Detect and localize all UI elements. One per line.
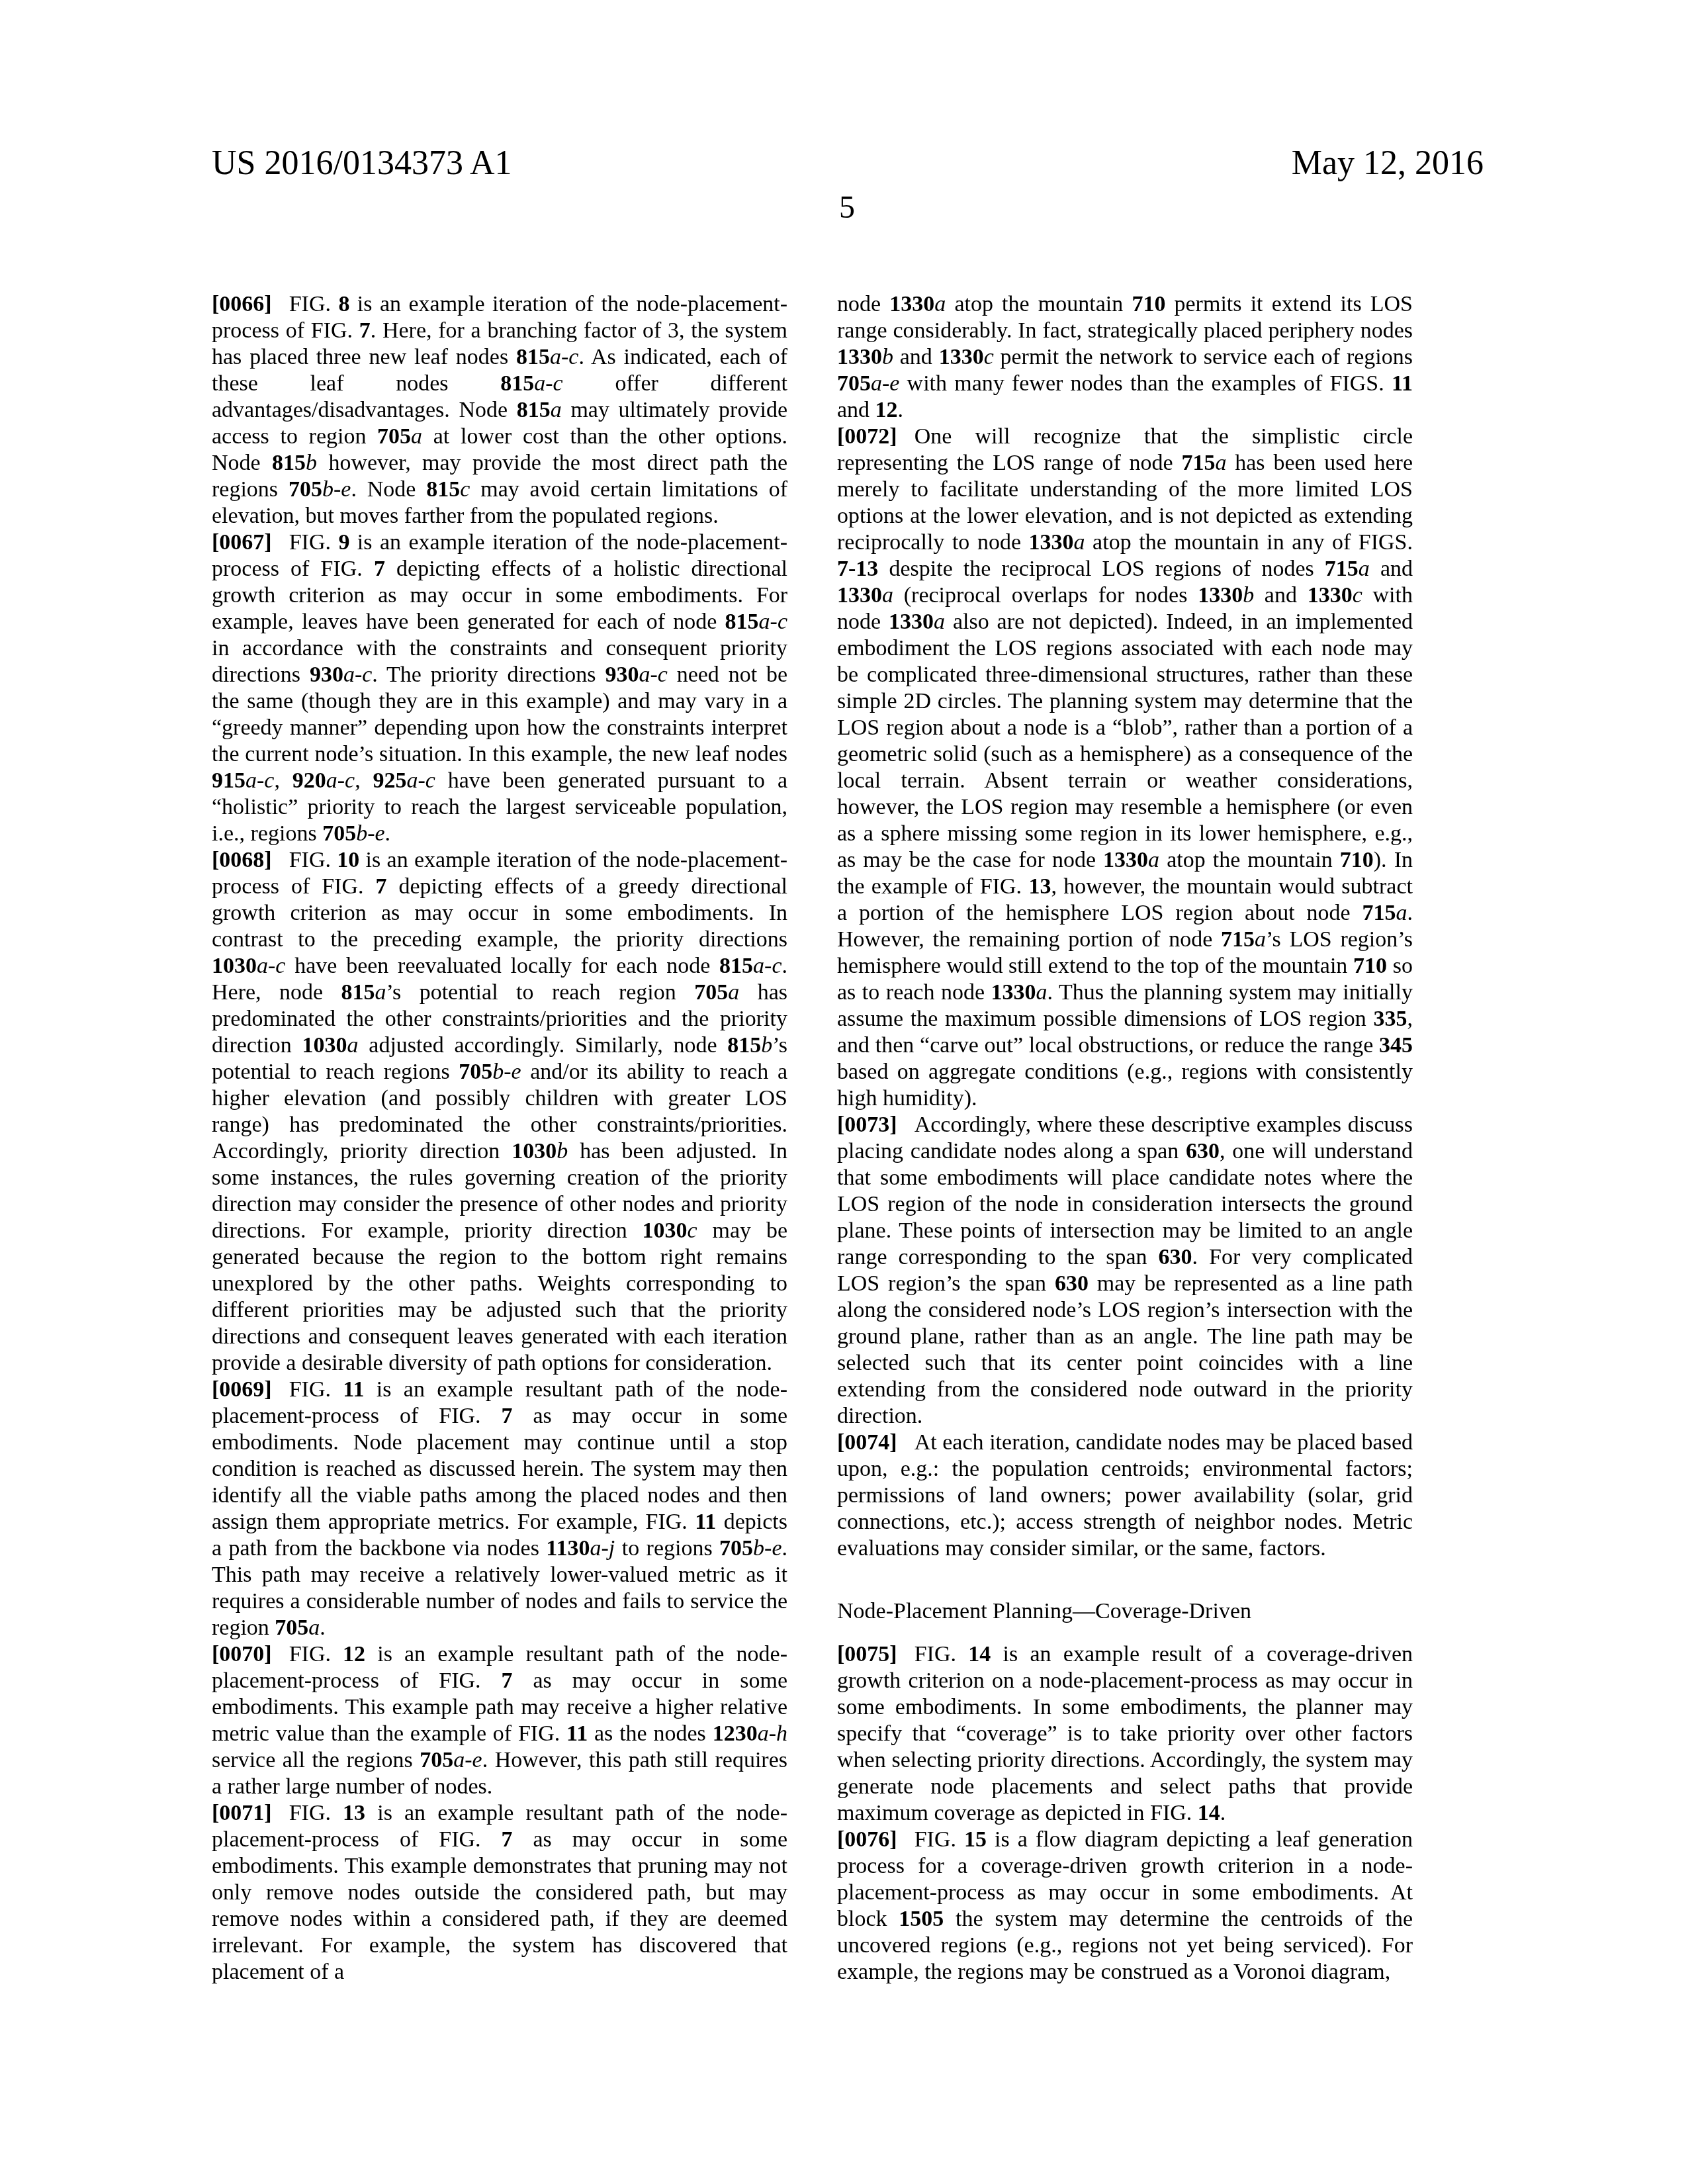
paragraph-continuation: node 1330a atop the mountain 710 permits…	[837, 291, 1413, 424]
paragraph-tag: [0067]	[212, 530, 272, 555]
right-column: node 1330a atop the mountain 710 permits…	[837, 291, 1413, 1985]
left-column: [0066]FIG. 8 is an example iteration of …	[212, 291, 787, 1985]
paragraph: [0068]FIG. 10 is an example iteration of…	[212, 847, 787, 1377]
paragraph-tag: [0072]	[837, 424, 897, 449]
paragraph-tag: [0068]	[212, 848, 272, 872]
paragraph: [0074]At each iteration, candidate nodes…	[837, 1430, 1413, 1562]
publication-date: May 12, 2016	[1292, 144, 1484, 183]
section-heading: Node-Placement Planning—Coverage-Driven	[837, 1598, 1413, 1625]
patent-number: US 2016/0134373 A1	[212, 144, 512, 183]
paragraph-tag: [0066]	[212, 292, 272, 316]
paragraph: [0073]Accordingly, where these descripti…	[837, 1112, 1413, 1430]
paragraph-tag: [0074]	[837, 1430, 897, 1455]
paragraph: [0076]FIG. 15 is a flow diagram depictin…	[837, 1827, 1413, 1985]
paragraph: [0070]FIG. 12 is an example resultant pa…	[212, 1641, 787, 1800]
paragraph: [0067]FIG. 9 is an example iteration of …	[212, 529, 787, 847]
paragraph: [0069]FIG. 11 is an example resultant pa…	[212, 1377, 787, 1641]
page-header: US 2016/0134373 A1 May 12, 2016	[212, 144, 1484, 183]
paragraph-tag: [0069]	[212, 1377, 272, 1402]
paragraph: [0075]FIG. 14 is an example result of a …	[837, 1641, 1413, 1827]
paragraph-tag: [0073]	[837, 1113, 897, 1137]
paragraph-tag: [0070]	[212, 1642, 272, 1666]
paragraph-tag: [0075]	[837, 1642, 897, 1666]
paragraph: [0072]One will recognize that the simpli…	[837, 424, 1413, 1112]
paragraph-tag: [0076]	[837, 1827, 897, 1852]
paragraph: [0066]FIG. 8 is an example iteration of …	[212, 291, 787, 529]
body-columns: [0066]FIG. 8 is an example iteration of …	[212, 291, 1413, 1985]
paragraph-tag: [0071]	[212, 1801, 272, 1825]
page-number: 5	[0, 191, 1694, 225]
paragraph: [0071]FIG. 13 is an example resultant pa…	[212, 1800, 787, 1985]
patent-page: US 2016/0134373 A1 May 12, 2016 5 [0066]…	[0, 0, 1694, 2184]
